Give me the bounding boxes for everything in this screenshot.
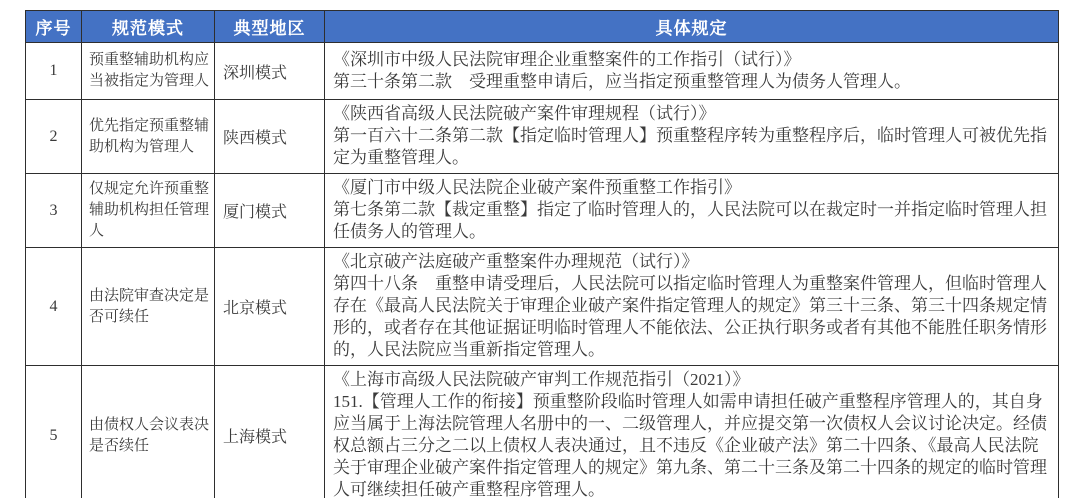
table-row: 1 预重整辅助机构应当被指定为管理人 深圳模式 《深圳市中级人民法院审理企业重整…: [26, 43, 1059, 100]
cell-row-no: 2: [26, 100, 82, 174]
cell-provision: 《陕西省高级人民法院破产案件审理规程（试行）》 第一百六十二条第二款【指定临时管…: [325, 100, 1059, 174]
cell-row-no: 1: [26, 43, 82, 100]
cell-region: 上海模式: [215, 366, 325, 498]
column-header-provision: 具体规定: [325, 11, 1059, 43]
column-header-mode: 规范模式: [82, 11, 215, 43]
table-row: 3 仅规定允许预重整辅助机构担任管理人 厦门模式 《厦门市中级人民法院企业破产案…: [26, 174, 1059, 248]
cell-mode: 仅规定允许预重整辅助机构担任管理人: [82, 174, 215, 248]
cell-region: 深圳模式: [215, 43, 325, 100]
cell-provision: 《深圳市中级人民法院审理企业重整案件的工作指引（试行）》 第三十条第二款 受理重…: [325, 43, 1059, 100]
column-header-region: 典型地区: [215, 11, 325, 43]
cell-region: 厦门模式: [215, 174, 325, 248]
cell-provision: 《北京破产法庭破产重整案件办理规范（试行）》 第四十八条 重整申请受理后，人民法…: [325, 248, 1059, 366]
document-page: 序号 规范模式 典型地区 具体规定 1 预重整辅助机构应当被指定为管理人 深圳模…: [0, 0, 1080, 498]
pre-restructuring-administrator-rules-table: 序号 规范模式 典型地区 具体规定 1 预重整辅助机构应当被指定为管理人 深圳模…: [25, 10, 1059, 498]
cell-row-no: 3: [26, 174, 82, 248]
table-header-row: 序号 规范模式 典型地区 具体规定: [26, 11, 1059, 43]
table-row: 5 由债权人会议表决是否续任 上海模式 《上海市高级人民法院破产审判工作规范指引…: [26, 366, 1059, 498]
cell-provision: 《厦门市中级人民法院企业破产案件预重整工作指引》 第七条第二款【裁定重整】指定了…: [325, 174, 1059, 248]
cell-mode: 预重整辅助机构应当被指定为管理人: [82, 43, 215, 100]
cell-row-no: 4: [26, 248, 82, 366]
table-row: 4 由法院审查决定是否可续任 北京模式 《北京破产法庭破产重整案件办理规范（试行…: [26, 248, 1059, 366]
cell-mode: 优先指定预重整辅助机构为管理人: [82, 100, 215, 174]
cell-mode: 由法院审查决定是否可续任: [82, 248, 215, 366]
cell-region: 北京模式: [215, 248, 325, 366]
cell-region: 陕西模式: [215, 100, 325, 174]
table-row: 2 优先指定预重整辅助机构为管理人 陕西模式 《陕西省高级人民法院破产案件审理规…: [26, 100, 1059, 174]
cell-row-no: 5: [26, 366, 82, 498]
cell-provision: 《上海市高级人民法院破产审判工作规范指引（2021）》 151.【管理人工作的衔…: [325, 366, 1059, 498]
column-header-no: 序号: [26, 11, 82, 43]
cell-mode: 由债权人会议表决是否续任: [82, 366, 215, 498]
